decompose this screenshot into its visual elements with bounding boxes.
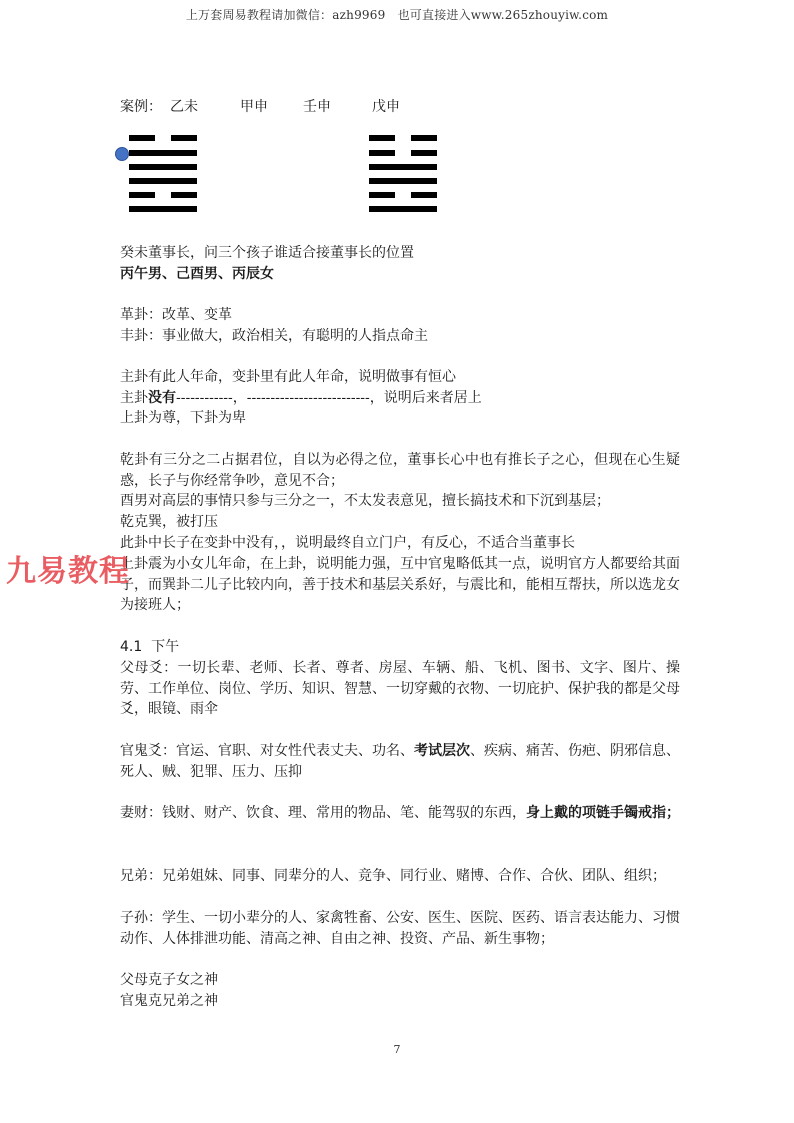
analysis-rest: ------------，--------------------------，… xyxy=(176,390,482,406)
changed-hexagram xyxy=(369,135,437,215)
hexagram-line-yang xyxy=(129,150,197,156)
analysis-paragraph: 酉男对高层的事情只参与三分之一，不太发表意见，擅长搞技术和下沉到基层； xyxy=(120,491,610,512)
analysis-line: 主卦没有------------，-----------------------… xyxy=(120,388,482,409)
analysis-paragraph: 乾卦有三分之二占据君位，自以为必得之位，董事长心中也有推长子之心，但现在心生疑惑… xyxy=(120,450,680,491)
guangui-text: 官鬼爻：官运、官职、对女性代表丈夫、功名、 xyxy=(120,743,414,759)
section-heading: 4.1 下午 xyxy=(120,637,179,658)
analysis-line: 上卦为尊，下卦为卑 xyxy=(120,408,246,429)
hexagram-line-yang xyxy=(369,178,437,184)
guangui-bold: 考试层次 xyxy=(414,743,470,759)
analysis-line: 主卦有此人年命，变卦里有此人年命，说明做事有恒心 xyxy=(120,367,456,388)
qicai-bold: 身上戴的项链手镯戒指； xyxy=(526,805,680,821)
pillar-hour: 戊申 xyxy=(372,97,400,118)
pillar-year: 乙未 xyxy=(170,97,198,118)
liuqin-zisun: 子孙：学生、一切小辈分的人、家禽牲畜、公安、医生、医院、医药、语言表达能力、习惯… xyxy=(120,908,680,949)
qicai-text: 妻财：钱财、财产、饮食、理、常用的物品、笔、能驾驭的东西， xyxy=(120,805,526,821)
hexagram-line-yang xyxy=(129,178,197,184)
hexagram-line-yang xyxy=(369,206,437,212)
hexagram-line-yin xyxy=(129,192,197,198)
case-label: 案例： xyxy=(120,97,162,118)
analysis-paragraph: 此卦中长子在变卦中没有，，说明最终自立门户，有反心，不适合当董事长 xyxy=(120,533,575,554)
watermark-logo: 九易教程 xyxy=(6,546,130,590)
analysis-bold: 没有 xyxy=(148,390,176,406)
hexagram-line-yang xyxy=(129,164,197,170)
moving-line-marker-icon xyxy=(115,147,129,161)
hexagram-line-yang xyxy=(369,164,437,170)
pillar-month: 甲申 xyxy=(240,97,268,118)
closing-line: 官鬼克兄弟之神 xyxy=(120,991,218,1012)
hexagram-line-yin xyxy=(369,192,437,198)
section-number: 4.1 xyxy=(120,639,142,655)
analysis-prefix: 主卦 xyxy=(120,390,148,406)
case-pillars-row: 案例： 乙未 甲申 壬申 戊申 xyxy=(120,97,680,117)
section-title: 下午 xyxy=(151,639,179,655)
candidates-text: 丙午男、己酉男、丙辰女 xyxy=(120,264,274,285)
liuqin-fumu: 父母爻：一切长辈、老师、长者、尊者、房屋、车辆、船、飞机、图书、文字、图片、操劳… xyxy=(120,658,680,720)
liuqin-qicai: 妻财：钱财、财产、饮食、理、常用的物品、笔、能驾驭的东西，身上戴的项链手镯戒指； xyxy=(120,803,680,824)
question-text: 癸未董事长，问三个孩子谁适合接董事长的位置 xyxy=(120,243,414,264)
page-number: 7 xyxy=(0,1043,794,1056)
hexagram-line-yin xyxy=(369,135,437,141)
pillar-day: 壬申 xyxy=(303,97,331,118)
feng-gua-meaning: 丰卦：事业做大，政治相关，有聪明的人指点命主 xyxy=(120,326,428,347)
liuqin-xiongdi: 兄弟：兄弟姐妹、同事、同辈分的人、竞争、同行业、赌博、合作、合伙、团队、组织； xyxy=(120,866,666,887)
analysis-paragraph: 上卦震为小女儿年命，在上卦，说明能力强，互中官鬼略低其一点，说明官方人都要给其面… xyxy=(120,554,680,616)
liuqin-guangui: 官鬼爻：官运、官职、对女性代表丈夫、功名、考试层次、疾病、痛苦、伤疤、阴邪信息、… xyxy=(120,741,680,782)
closing-line: 父母克子女之神 xyxy=(120,970,218,991)
ge-gua-meaning: 革卦：改革、变革 xyxy=(120,305,232,326)
analysis-paragraph: 乾克巽，被打压 xyxy=(120,512,218,533)
page-header-banner: 上万套周易教程请加微信：azh9969 也可直接进入www.265zhouyiw… xyxy=(0,6,794,23)
hexagram-line-yin xyxy=(369,150,437,156)
hexagram-line-yin xyxy=(129,135,197,141)
hexagram-line-yang xyxy=(129,206,197,212)
main-hexagram xyxy=(129,135,197,215)
